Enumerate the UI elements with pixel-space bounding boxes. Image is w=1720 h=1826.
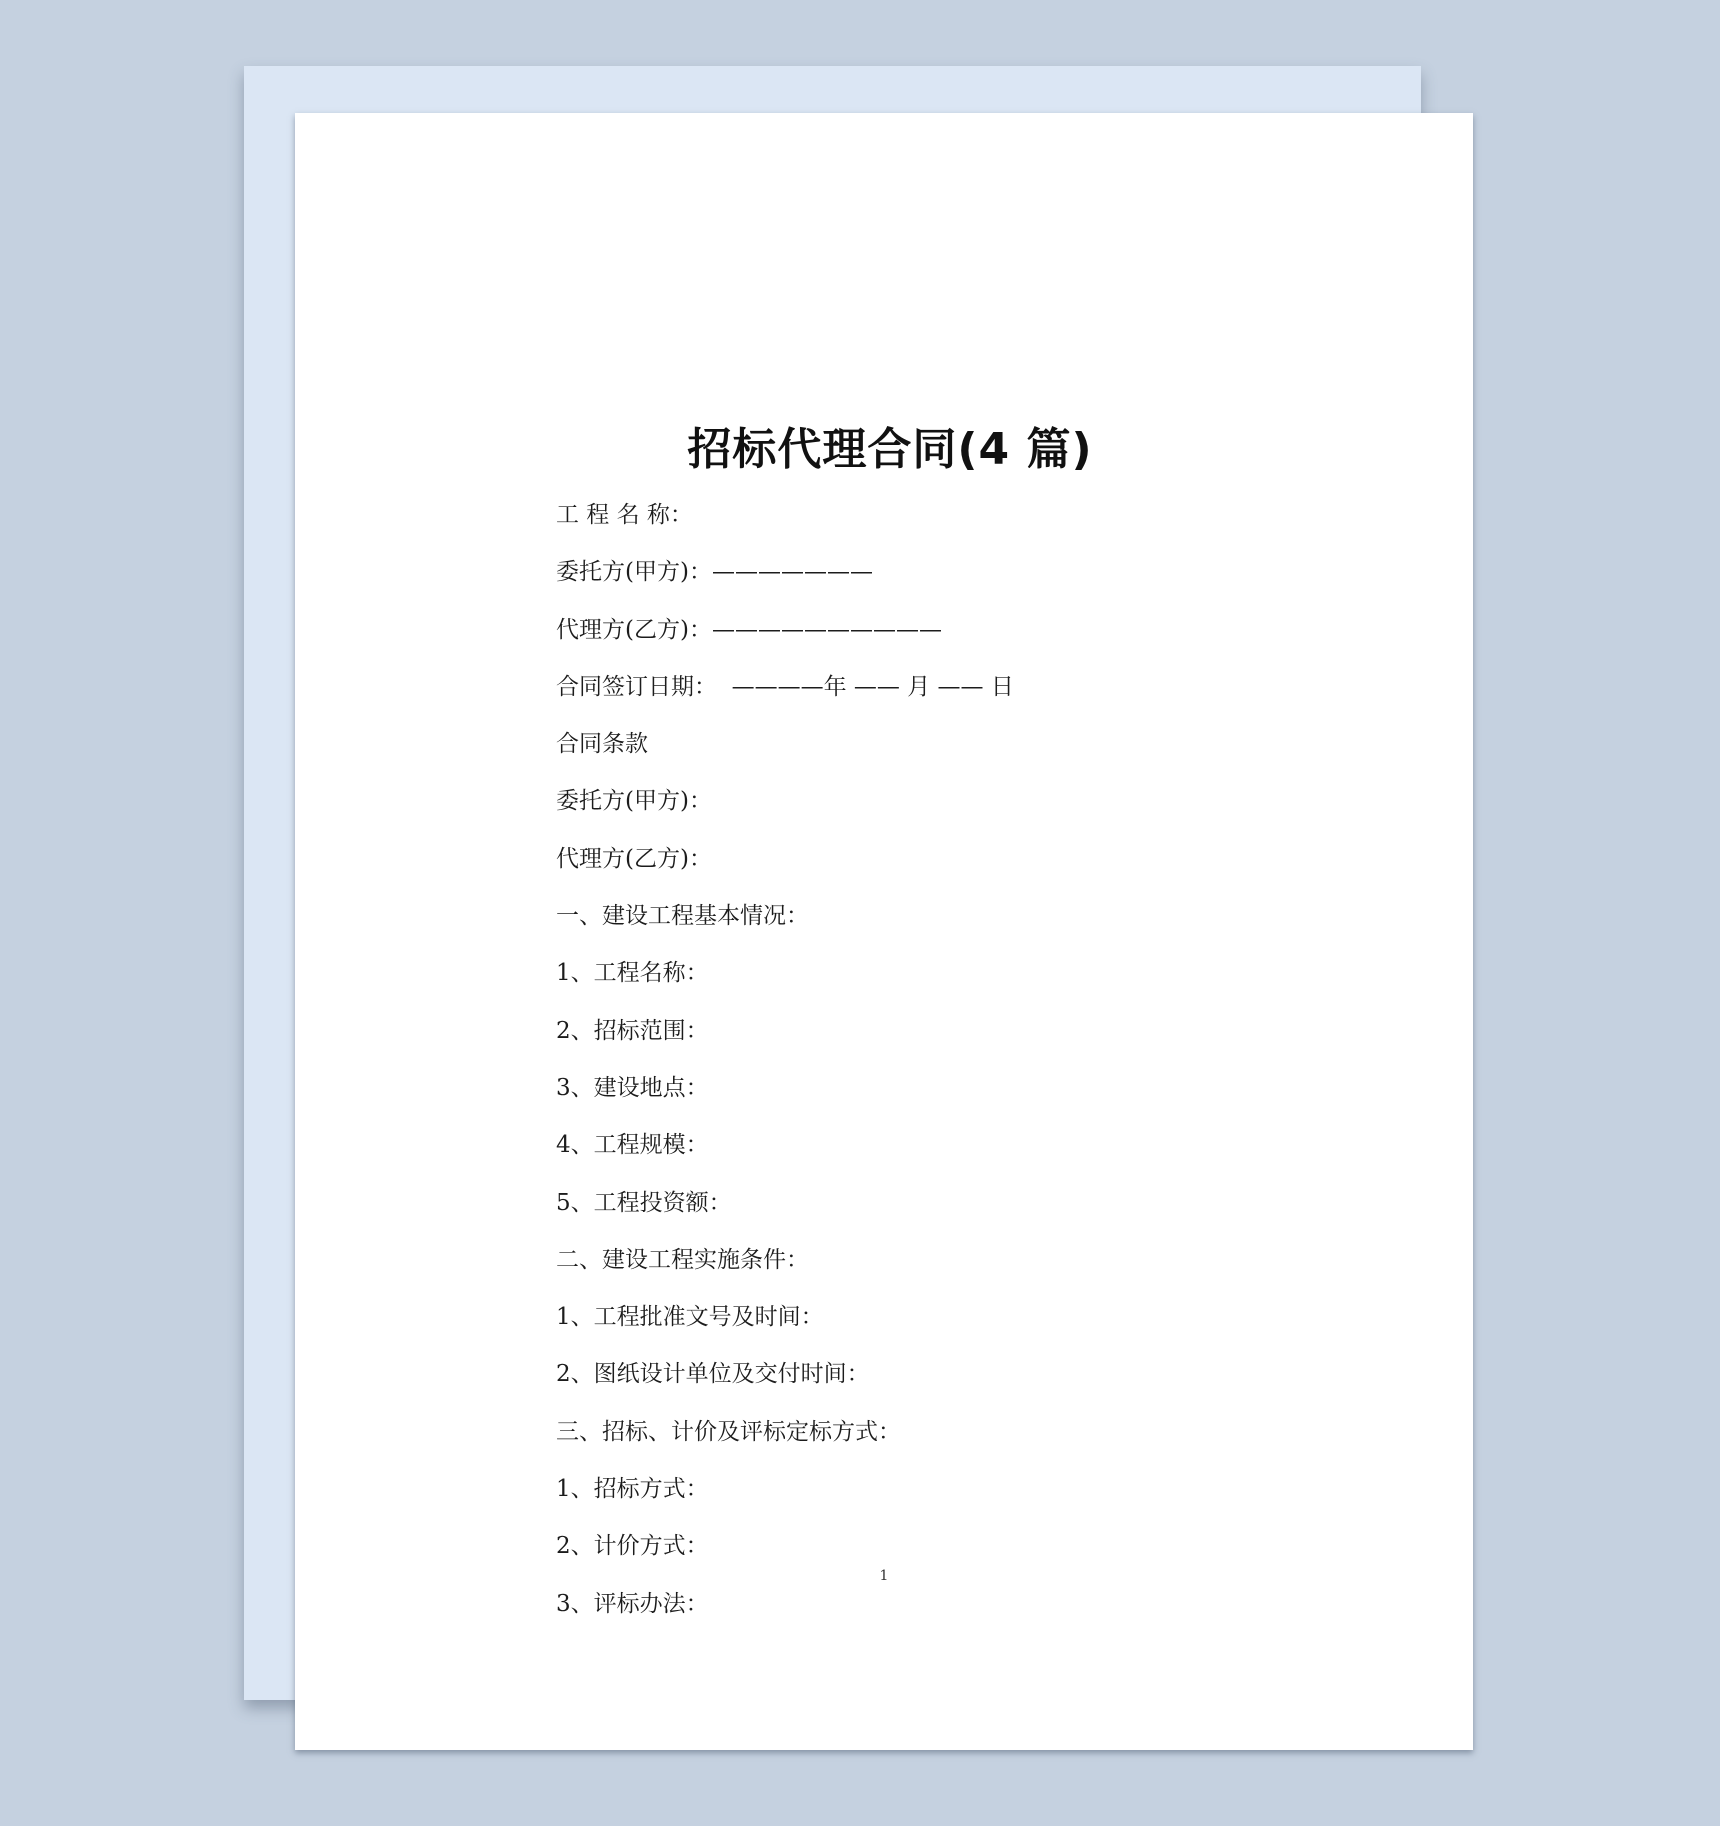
list-item: 1、工程名称：: [556, 953, 1356, 1010]
project-name-line: 工 程 名 称：: [556, 495, 1356, 552]
agent-party-label: 代理方(乙方)：: [556, 839, 1356, 896]
section-heading-1: 一、建设工程基本情况：: [556, 896, 1356, 953]
document-title: 招标代理合同(4 篇): [295, 413, 1473, 477]
section-heading-2: 二、建设工程实施条件：: [556, 1240, 1356, 1297]
list-item: 2、图纸设计单位及交付时间：: [556, 1354, 1356, 1411]
list-item: 3、评标办法：: [556, 1584, 1356, 1641]
page-number: 1: [295, 1568, 1473, 1584]
list-item: 2、招标范围：: [556, 1011, 1356, 1068]
document-body: 工 程 名 称： 委托方(甲方)：——————— 代理方(乙方)：———————…: [556, 495, 1356, 1641]
agent-party-line: 代理方(乙方)：——————————: [556, 610, 1356, 667]
list-item: 1、工程批准文号及时间：: [556, 1297, 1356, 1354]
list-item: 1、招标方式：: [556, 1469, 1356, 1526]
document-page: 招标代理合同(4 篇) 工 程 名 称： 委托方(甲方)：——————— 代理方…: [295, 113, 1473, 1750]
list-item: 3、建设地点：: [556, 1068, 1356, 1125]
sign-date-line: 合同签订日期： ————年 —— 月 —— 日: [556, 667, 1356, 724]
list-item: 5、工程投资额：: [556, 1183, 1356, 1240]
client-party-line: 委托方(甲方)：———————: [556, 552, 1356, 609]
contract-terms-heading: 合同条款: [556, 724, 1356, 781]
section-heading-3: 三、招标、计价及评标定标方式：: [556, 1412, 1356, 1469]
client-party-label: 委托方(甲方)：: [556, 781, 1356, 838]
list-item: 4、工程规模：: [556, 1125, 1356, 1182]
